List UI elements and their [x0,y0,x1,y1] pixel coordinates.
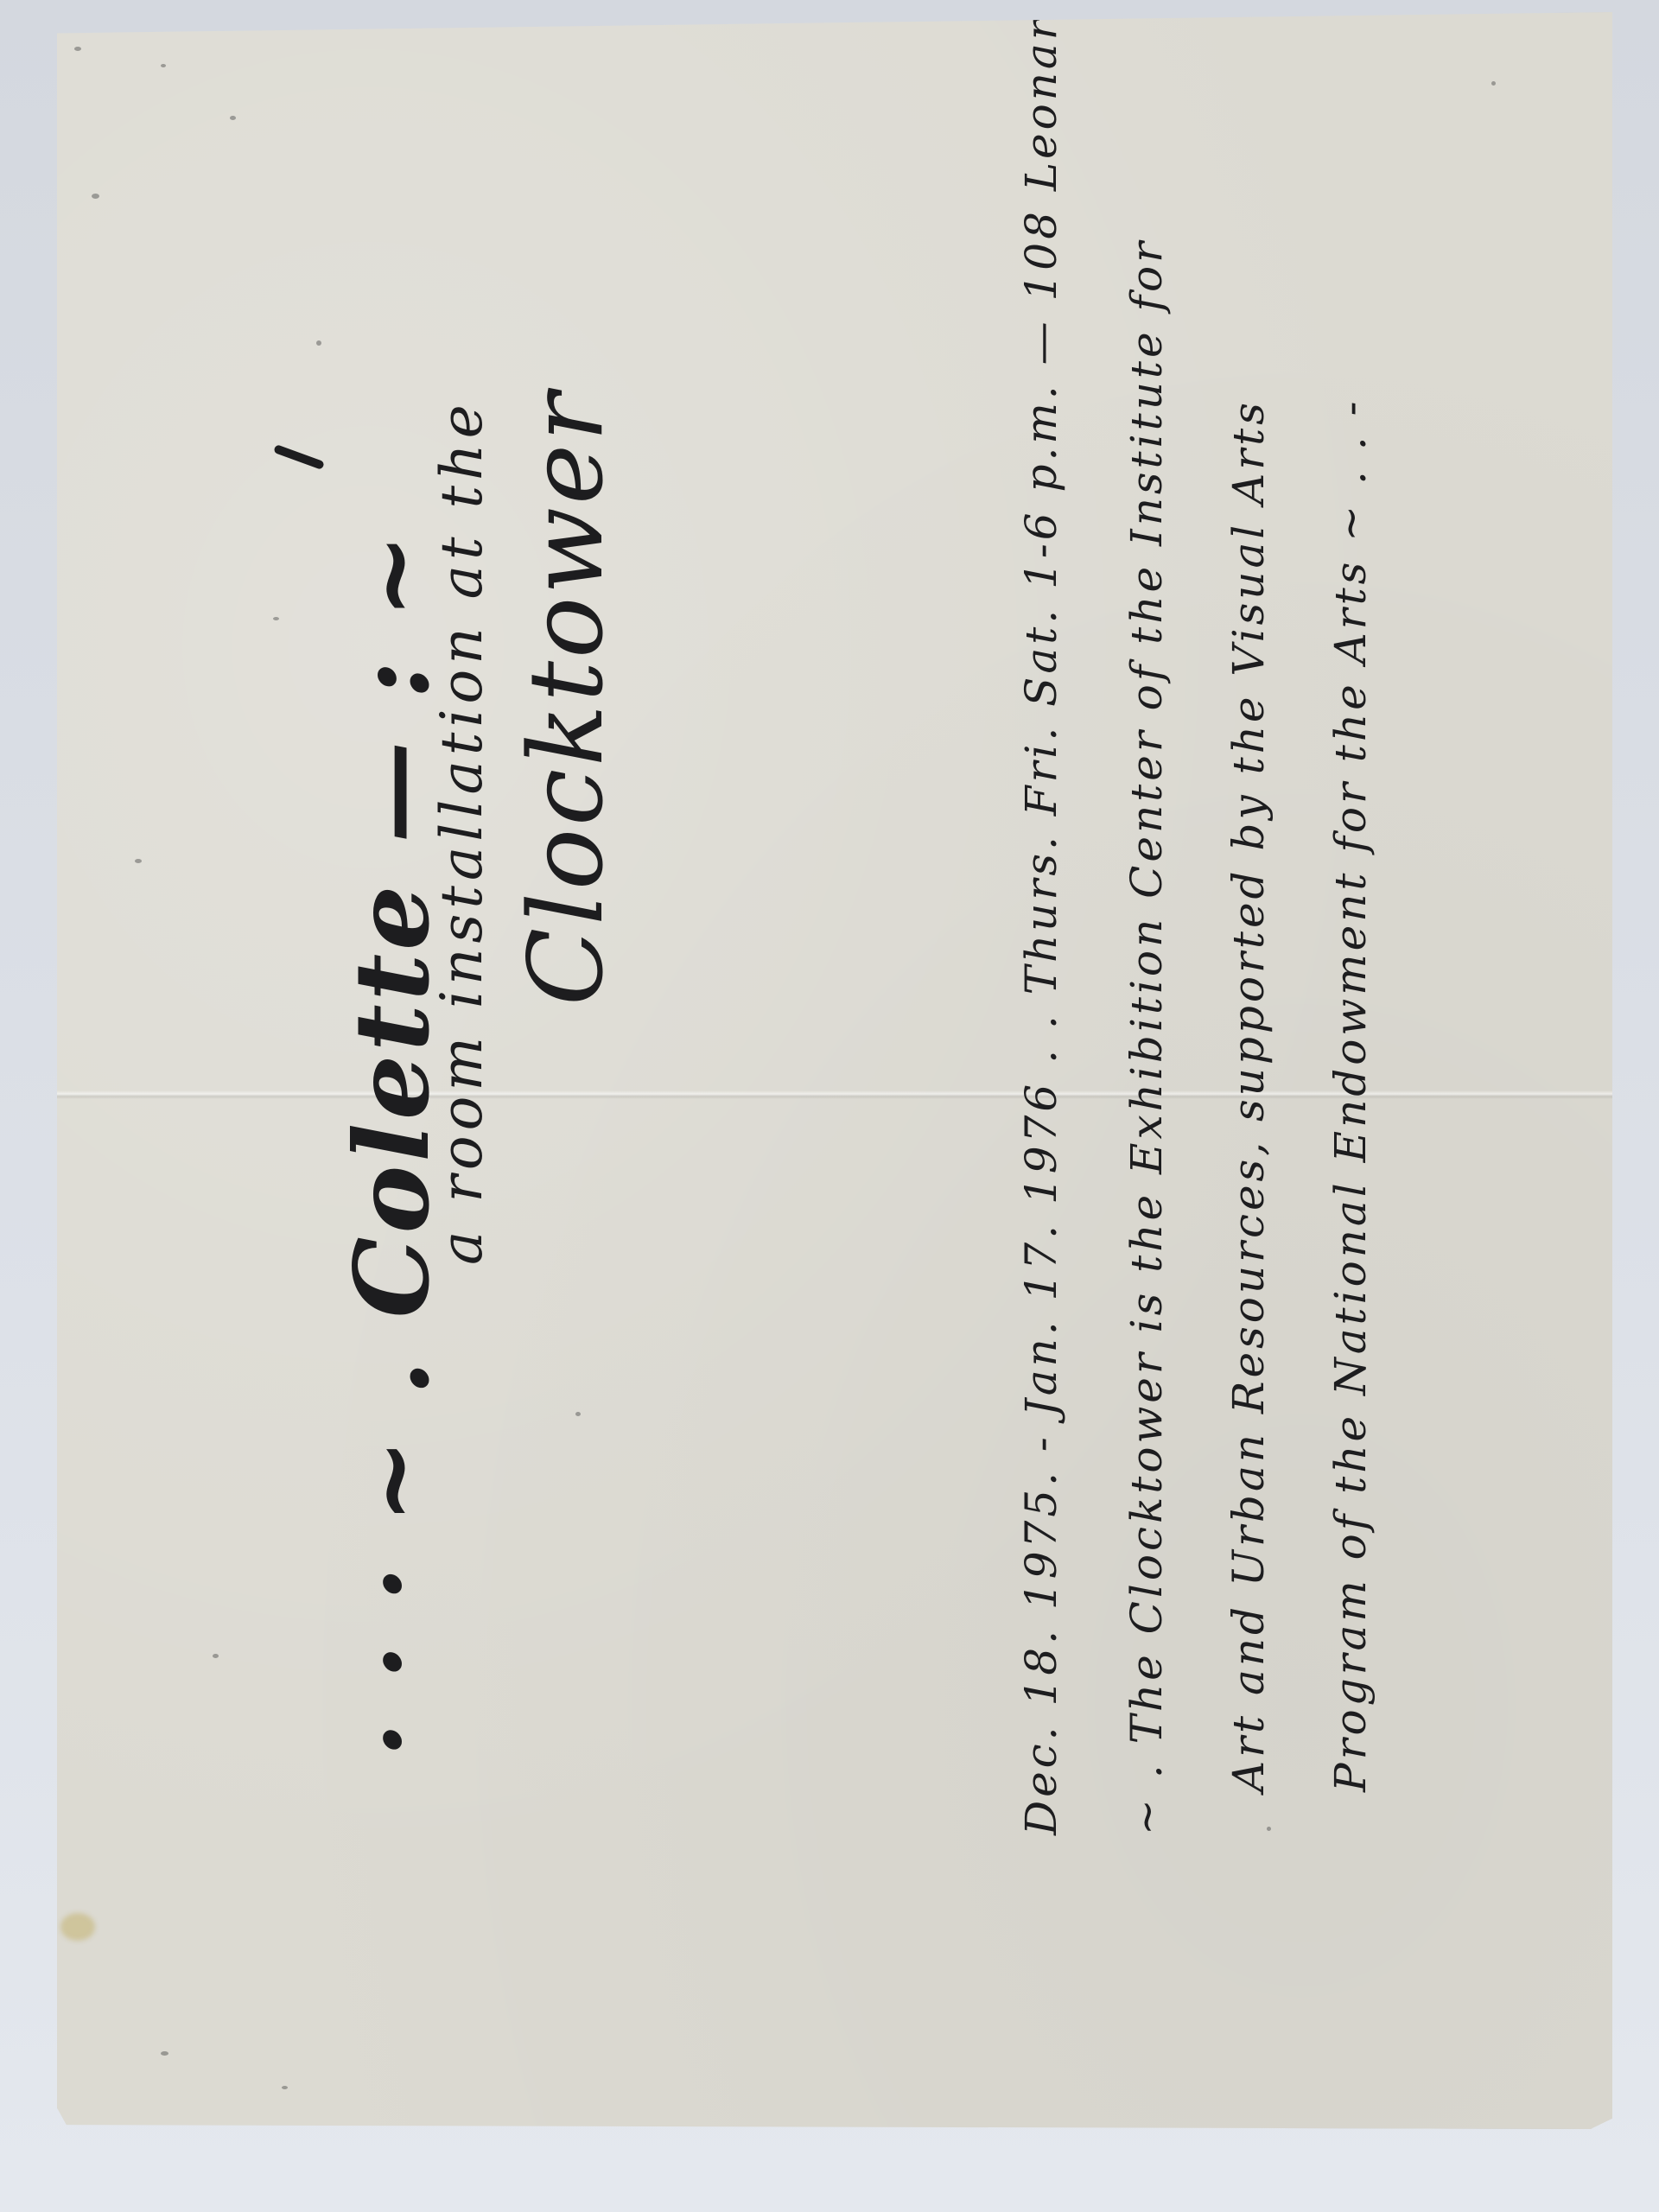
description-line-1: ~ . The Clocktower is the Exhibition Cen… [1122,238,1172,1835]
title-ink-mark [273,444,325,470]
venue-name: Clocktower [506,391,626,1006]
exhibition-subtitle: a room installation at the [429,399,495,1265]
announcement-paper: · · · ~ . Colette — : ~ a room installat… [57,12,1612,2129]
dates-hours-address: Dec. 18. 1975. - Jan. 17. 1976 . . Thurs… [1016,0,1066,1835]
description-line-3: Program of the National Endowment for th… [1325,398,1376,1793]
rotated-text-layer: · · · ~ . Colette — : ~ a room installat… [57,12,1612,2129]
description-line-2: Art and Urban Resources, supported by th… [1224,399,1274,1792]
